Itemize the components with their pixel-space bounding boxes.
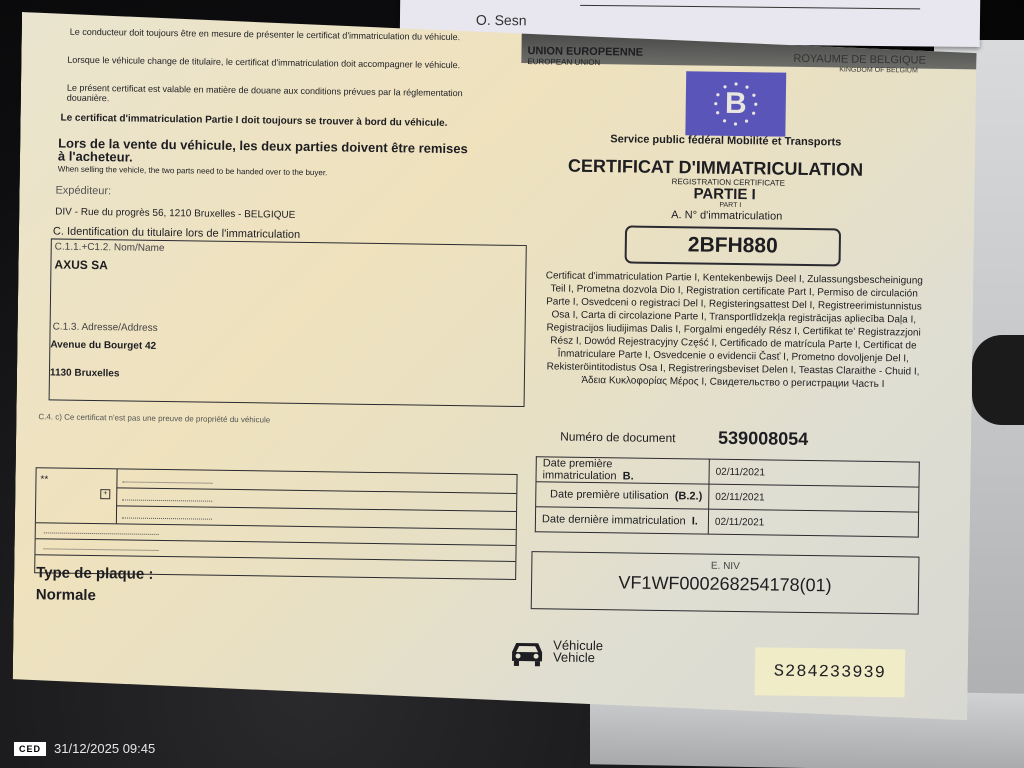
lower-table: ** + xyxy=(34,467,517,580)
vin-box: E. NIV VF1WF000268254178(01) xyxy=(531,551,920,614)
date-value: 02/11/2021 xyxy=(709,484,919,512)
dates-table: Date première immatriculation B. 02/11/2… xyxy=(535,456,920,537)
table-divider xyxy=(116,469,118,523)
metal-hole xyxy=(972,335,1024,425)
document-number: 539008054 xyxy=(718,428,808,450)
union-label-en: EUROPEAN UNION xyxy=(527,57,600,67)
table-row xyxy=(36,538,516,546)
sender-value: DIV - Rue du progrès 56, 1210 Bruxelles … xyxy=(55,206,295,220)
plate-label: A. N° d'immatriculation xyxy=(671,209,782,223)
date-label-text: Date première utilisation xyxy=(550,488,669,502)
date-label: Date première immatriculation B. xyxy=(536,457,709,484)
table-row: Date dernière immatriculation I. 02/11/2… xyxy=(535,507,918,537)
dotted-line xyxy=(44,532,159,535)
vehicle-label-en: Vehicle xyxy=(553,651,603,664)
paper-line xyxy=(580,5,920,10)
kingdom-label: ROYAUME DE BELGIQUE xyxy=(793,53,926,67)
plate-type-label: Type de plaque : xyxy=(36,564,153,583)
dotted-line xyxy=(43,548,158,551)
address-line-1: Avenue du Bourget 42 xyxy=(50,339,156,351)
address-label: C.1.3. Adresse/Address xyxy=(53,321,158,333)
document-number-label: Numéro de document xyxy=(560,430,676,446)
lower-table-marker: ** xyxy=(40,474,48,485)
date-label-text: Date dernière immatriculation xyxy=(542,513,686,527)
note-customs: Le présent certificat est valable en mat… xyxy=(67,83,497,109)
camera-overlay: CED 31/12/2025 09:45 xyxy=(14,741,155,756)
sender-label: Expéditeur: xyxy=(55,184,111,197)
eu-stars-icon xyxy=(685,71,786,136)
date-label: Date dernière immatriculation I. xyxy=(535,507,708,534)
note-on-board: Le certificat d'immatriculation Partie I… xyxy=(60,113,460,130)
note-sale-en: When selling the vehicle, the two parts … xyxy=(58,165,328,178)
serial-number: S284233939 xyxy=(755,647,906,697)
vin-value: VF1WF000268254178(01) xyxy=(532,571,918,597)
table-row xyxy=(116,505,516,512)
note-sale: Lors de la vente du véhicule, les deux p… xyxy=(58,137,478,169)
holder-name: AXUS SA xyxy=(54,257,108,272)
date-label: Date première utilisation (B.2.) xyxy=(536,482,709,509)
date-label-text: Date première immatriculation xyxy=(542,457,616,482)
camera-badge: CED xyxy=(14,742,46,756)
kingdom-label-en: KINGDOM OF BELGIUM xyxy=(839,66,918,74)
dotted-line xyxy=(122,481,212,483)
photo-timestamp: 31/12/2025 09:45 xyxy=(54,741,155,756)
service-label: Service public fédéral Mobilité et Trans… xyxy=(610,133,841,148)
table-row xyxy=(35,554,515,562)
date-value: 02/11/2021 xyxy=(708,509,918,537)
table-row xyxy=(36,522,516,530)
address-line-2: 1130 Bruxelles xyxy=(50,367,120,379)
ownership-note: C.4. c) Ce certificat n'est pas une preu… xyxy=(38,412,270,424)
dotted-line xyxy=(122,499,212,501)
date-value: 02/11/2021 xyxy=(709,459,919,487)
date-code: (B.2.) xyxy=(675,490,703,502)
note-owner-change: Lorsque le véhicule change de titulaire,… xyxy=(67,55,507,71)
name-label: C.1.1.+C1.2. Nom/Name xyxy=(55,241,165,254)
multilingual-text: Certificat d'immatriculation Partie I, K… xyxy=(537,269,931,391)
car-icon xyxy=(509,637,545,667)
paper-top-text: O. Sesn xyxy=(476,12,527,29)
dotted-line xyxy=(122,517,212,519)
date-code: B. xyxy=(623,470,634,482)
part-title-en: PART I xyxy=(719,202,741,209)
date-code: I. xyxy=(692,515,698,527)
part-title: PARTIE I xyxy=(693,185,755,203)
registration-number: 2BFH880 xyxy=(625,225,842,266)
plate-type-value: Normale xyxy=(36,586,96,604)
registration-certificate: Le conducteur doit toujours être en mesu… xyxy=(12,12,977,720)
vehicle-label: Véhicule Vehicle xyxy=(553,639,603,664)
table-row xyxy=(116,487,516,494)
checkbox-icon: + xyxy=(100,489,110,499)
eu-belgium-flag: B xyxy=(685,71,786,136)
holder-box: C.1.1.+C1.2. Nom/Name AXUS SA C.1.3. Adr… xyxy=(49,238,527,407)
